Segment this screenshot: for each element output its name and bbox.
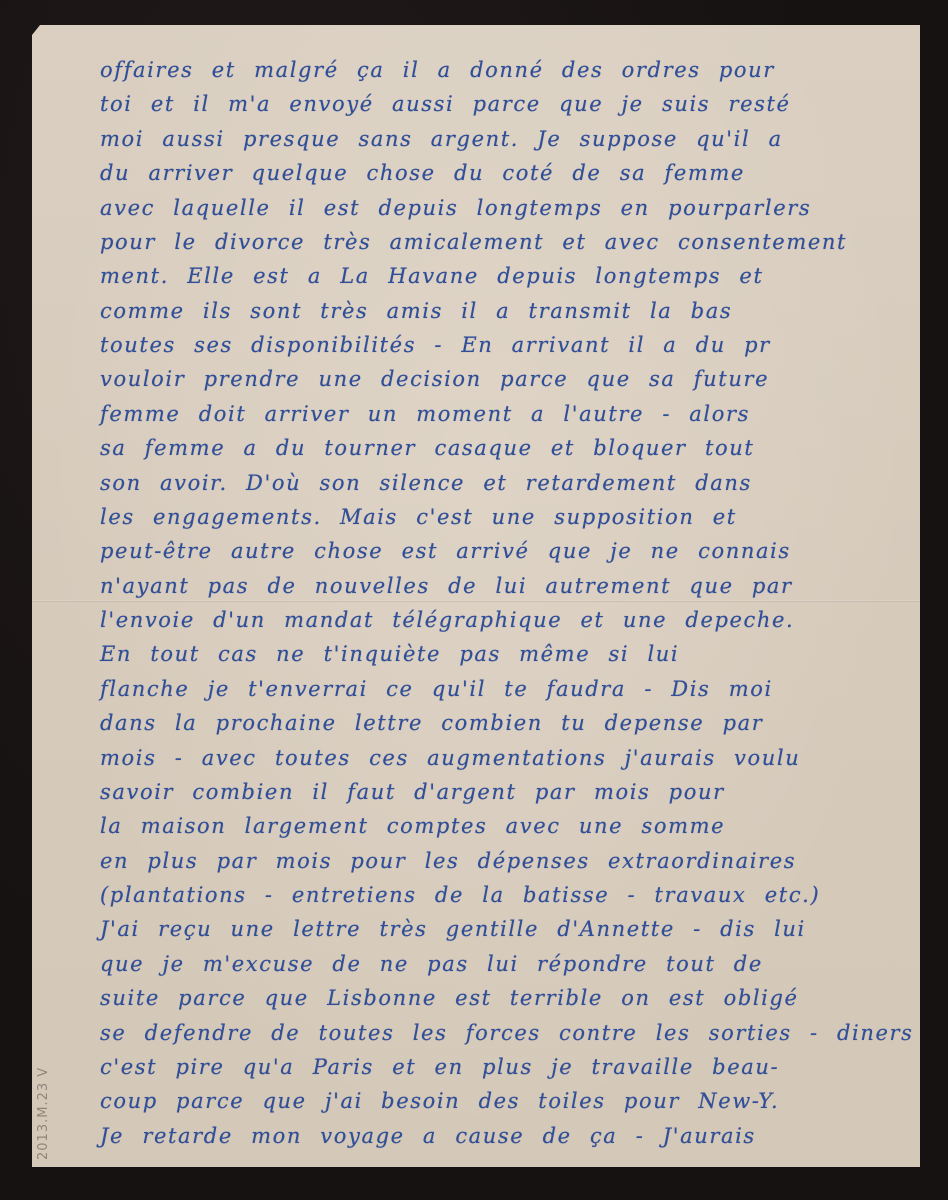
text-line: en plus par mois pour les dépenses extra… — [100, 844, 920, 878]
letter-page: offaires et malgré ça il a donné des ord… — [32, 25, 920, 1167]
text-line: comme ils sont très amis il a transmit l… — [100, 294, 920, 328]
handwritten-text: offaires et malgré ça il a donné des ord… — [100, 53, 920, 1153]
text-line: Je retarde mon voyage a cause de ça - J'… — [100, 1119, 920, 1153]
text-line: offaires et malgré ça il a donné des ord… — [100, 53, 920, 87]
text-line: son avoir. D'où son silence et retardeme… — [100, 466, 920, 500]
text-line: avec laquelle il est depuis longtemps en… — [100, 191, 920, 225]
text-line: dans la prochaine lettre combien tu depe… — [100, 706, 920, 740]
text-line: toi et il m'a envoyé aussi parce que je … — [100, 87, 920, 121]
text-line: suite parce que Lisbonne est terrible on… — [100, 981, 920, 1015]
text-line: les engagements. Mais c'est une supposit… — [100, 500, 920, 534]
text-line: sa femme a du tourner casaque et bloquer… — [100, 431, 920, 465]
text-line: l'envoie d'un mandat télégraphique et un… — [100, 603, 920, 637]
text-line: c'est pire qu'a Paris et en plus je trav… — [100, 1050, 920, 1084]
text-line: toutes ses disponibilités - En arrivant … — [100, 328, 920, 362]
scanned-document: offaires et malgré ça il a donné des ord… — [0, 0, 948, 1200]
text-line: mois - avec toutes ces augmentations j'a… — [100, 741, 920, 775]
text-line: ment. Elle est a La Havane depuis longte… — [100, 259, 920, 293]
text-line: J'ai reçu une lettre très gentille d'Ann… — [100, 912, 920, 946]
text-line: femme doit arriver un moment a l'autre -… — [100, 397, 920, 431]
text-line: se defendre de toutes les forces contre … — [100, 1016, 920, 1050]
text-line: que je m'excuse de ne pas lui répondre t… — [100, 947, 920, 981]
archive-accession-number: 2013.M.23 V — [36, 970, 60, 1160]
text-line: moi aussi presque sans argent. Je suppos… — [100, 122, 920, 156]
text-line: En tout cas ne t'inquiète pas même si lu… — [100, 637, 920, 671]
text-line: coup parce que j'ai besoin des toiles po… — [100, 1084, 920, 1118]
text-line: n'ayant pas de nouvelles de lui autremen… — [100, 569, 920, 603]
text-line: peut-être autre chose est arrivé que je … — [100, 534, 920, 568]
text-line: flanche je t'enverrai ce qu'il te faudra… — [100, 672, 920, 706]
text-line: savoir combien il faut d'argent par mois… — [100, 775, 920, 809]
text-line: pour le divorce très amicalement et avec… — [100, 225, 920, 259]
text-line: la maison largement comptes avec une som… — [100, 809, 920, 843]
text-line: vouloir prendre une decision parce que s… — [100, 362, 920, 396]
text-line: du arriver quelque chose du coté de sa f… — [100, 156, 920, 190]
text-line: (plantations - entretiens de la batisse … — [100, 878, 920, 912]
